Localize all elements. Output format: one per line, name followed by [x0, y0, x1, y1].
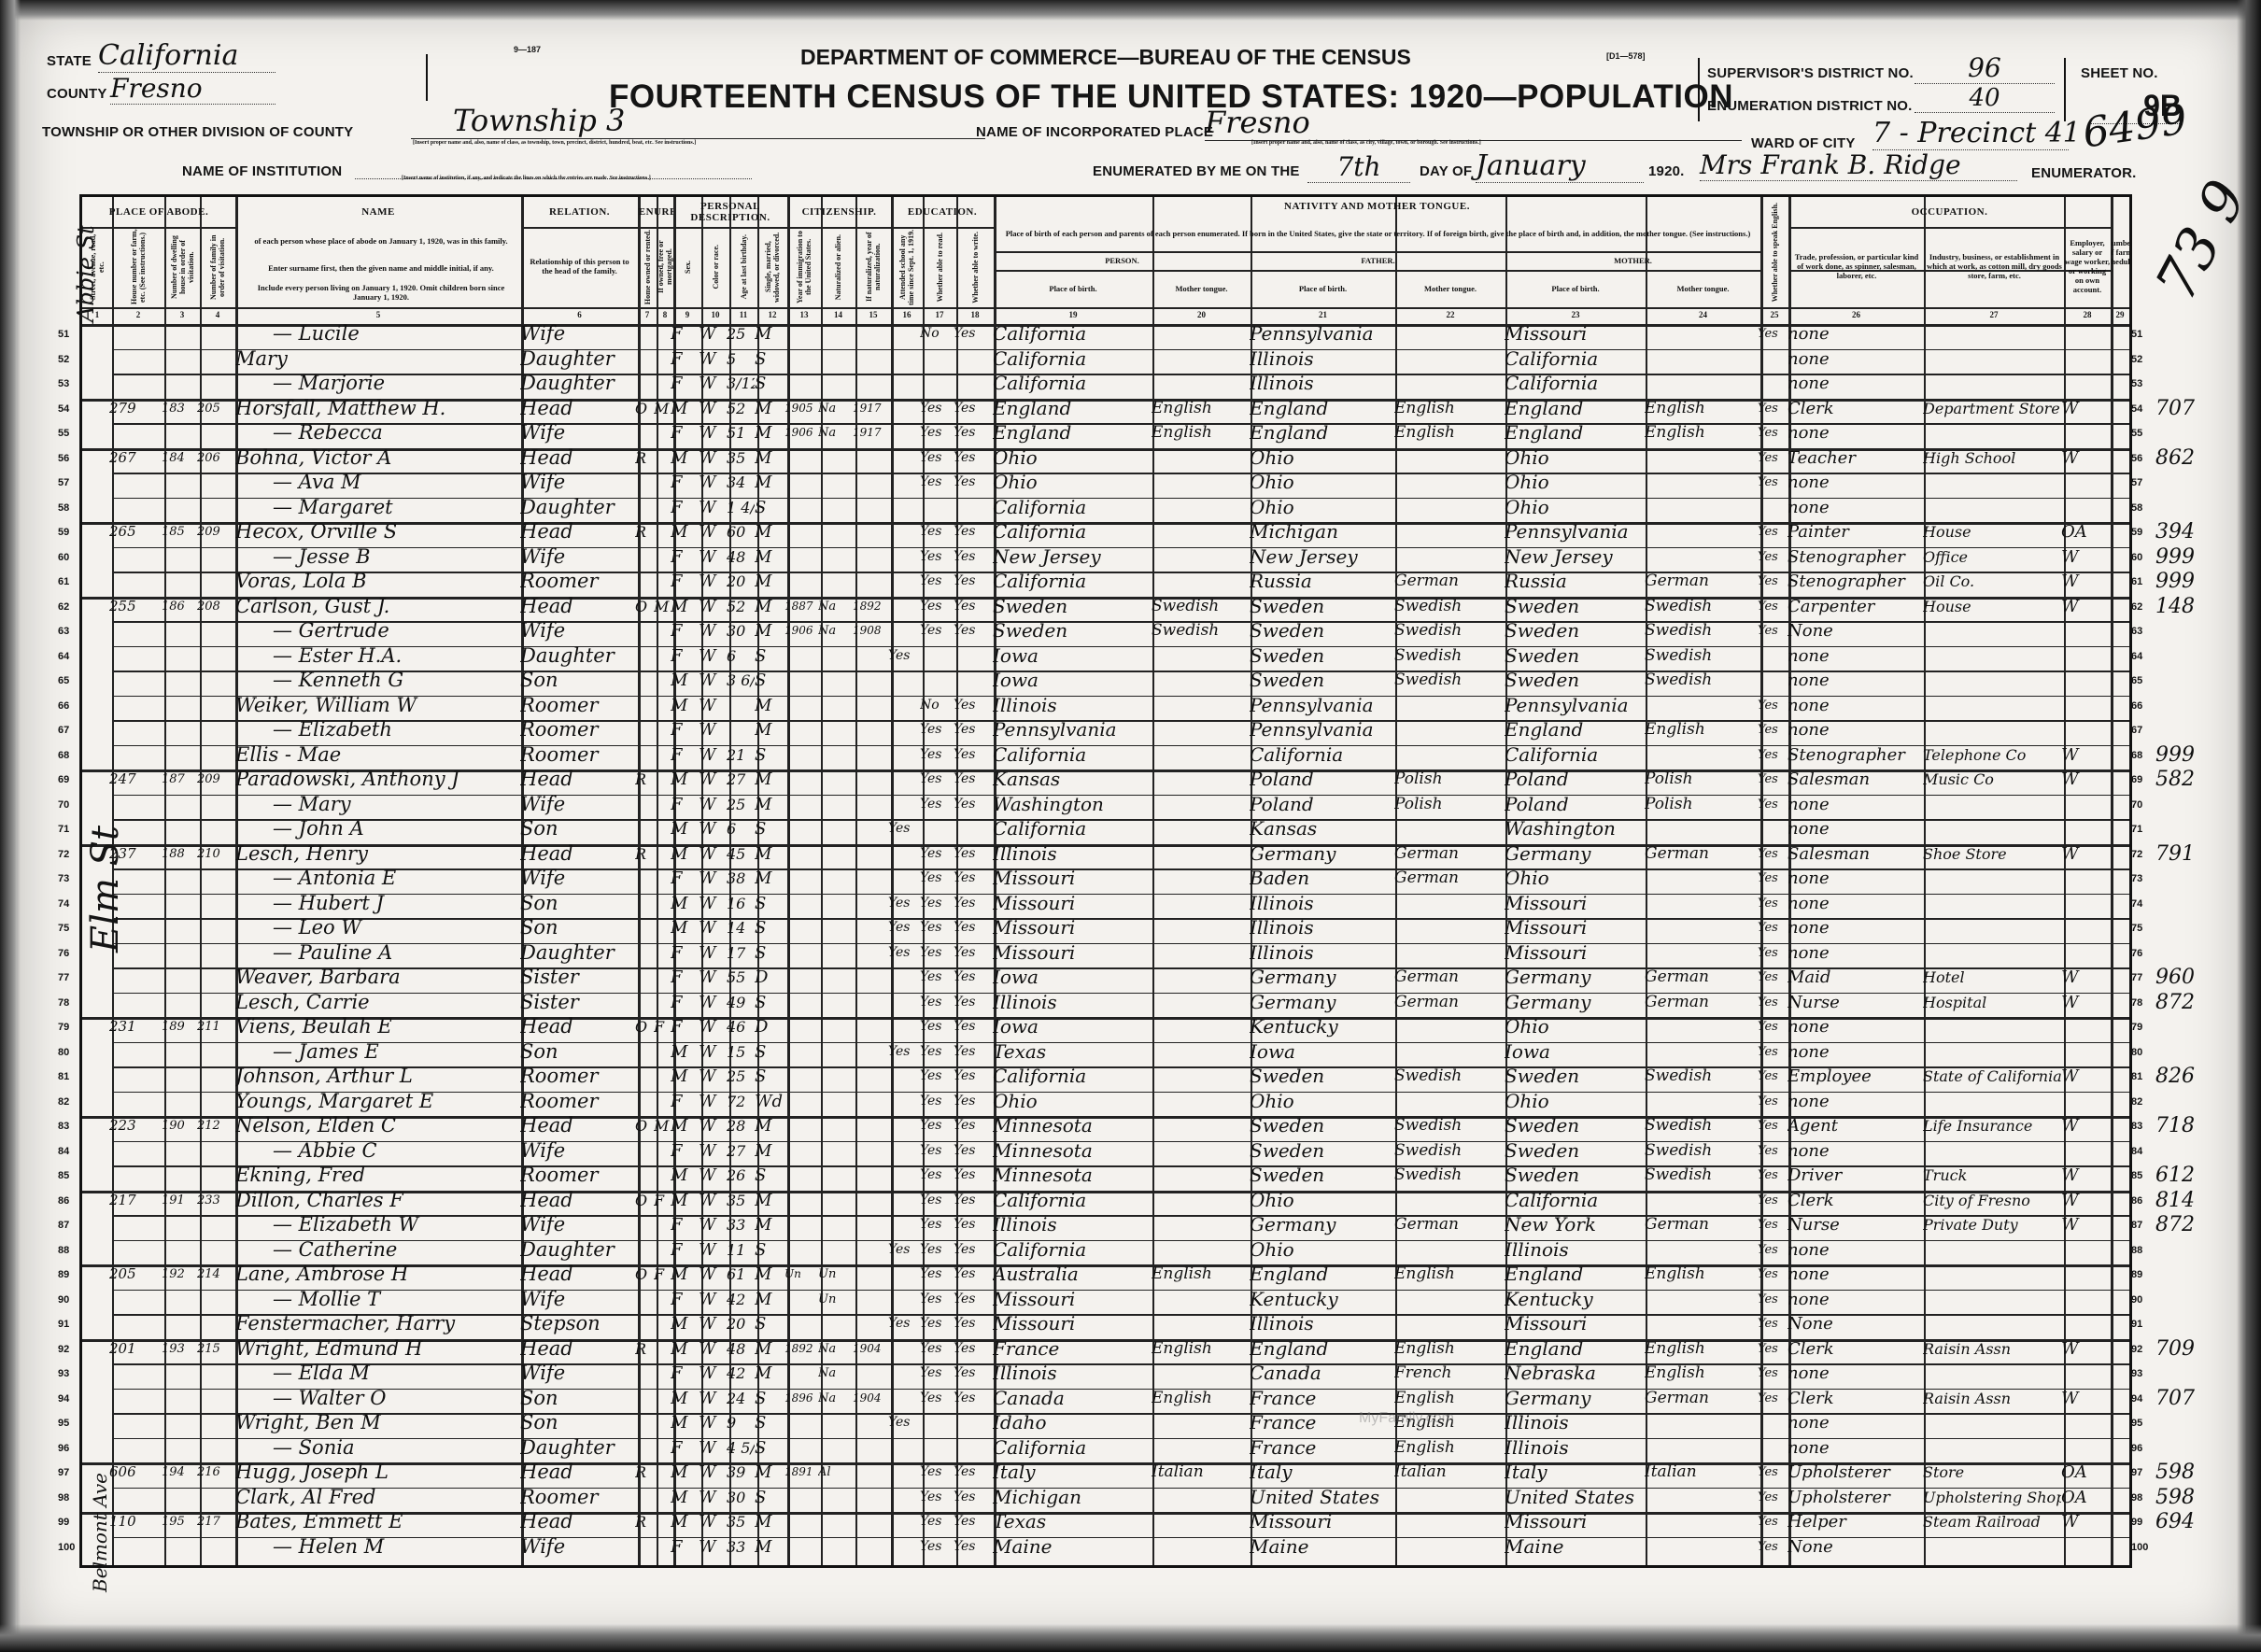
cell-dwelling: 183 — [162, 397, 197, 420]
occupation-code: 582 — [2155, 768, 2195, 791]
cell-mortg: M — [654, 397, 671, 420]
cell-color: W — [699, 743, 727, 767]
line-number-right: 79 — [2131, 1022, 2142, 1033]
cell-read: Yes — [920, 1362, 954, 1385]
cell-english: Yes — [1758, 916, 1786, 939]
occupation-code: 598 — [2155, 1486, 2195, 1509]
cell-english: Yes — [1758, 570, 1786, 593]
cell-pob: California — [993, 1238, 1150, 1262]
cell-age: 45 — [727, 842, 755, 866]
cell-fpob: Sweden — [1250, 1139, 1392, 1163]
cell-sex: F — [671, 966, 699, 989]
cell-pob: Missouri — [993, 941, 1150, 965]
line-number-left: 53 — [58, 378, 69, 389]
place-label: NAME OF INCORPORATED PLACE — [976, 124, 1213, 140]
cell-age: 25 — [727, 322, 755, 346]
cell-immig: 1887 — [784, 595, 818, 618]
cell-industry: House — [1923, 595, 2061, 618]
line-number-right: 57 — [2131, 477, 2142, 488]
cell-fpob: Sweden — [1250, 669, 1392, 692]
line-number-right: 75 — [2131, 923, 2142, 934]
cell-trade: none — [1788, 1362, 1921, 1385]
cell-relation: Head — [520, 595, 634, 618]
cell-ftongue: Swedish — [1394, 1065, 1503, 1088]
cell-relation: Son — [520, 892, 634, 915]
occupation-code: 718 — [2155, 1114, 2195, 1137]
cell-sex: F — [671, 1213, 699, 1236]
cell-family: 210 — [197, 842, 233, 866]
cell-marital: M — [755, 1535, 784, 1559]
cell-relation: Wife — [520, 1362, 634, 1385]
cell-read: Yes — [920, 793, 954, 816]
line-number-right: 89 — [2131, 1269, 2142, 1280]
cell-relation: Daughter — [520, 1238, 634, 1262]
cell-mpob: Illinois — [1505, 1436, 1643, 1460]
header-mother: MOTHER. — [1505, 251, 1760, 270]
cell-trade: Maid — [1788, 966, 1921, 989]
line-number-right: 70 — [2131, 799, 2142, 811]
cell-age: 35 — [727, 446, 755, 470]
cell-sex: F — [671, 496, 699, 519]
cell-emp: W — [2061, 570, 2108, 593]
cell-tongue: English — [1152, 1337, 1248, 1361]
cell-marital: S — [755, 669, 784, 692]
cell-ftongue: German — [1394, 966, 1503, 989]
cell-natyr: 1904 — [853, 1387, 888, 1410]
line-number-left: 74 — [58, 898, 69, 910]
cell-fpob: Canada — [1250, 1362, 1392, 1385]
cell-sex: M — [671, 1486, 699, 1509]
cell-write: Yes — [954, 916, 991, 939]
cell-english: Yes — [1758, 991, 1786, 1014]
occupation-code: 960 — [2155, 966, 2195, 989]
cell-fpob: Germany — [1250, 842, 1392, 866]
cell-school: Yes — [888, 941, 920, 965]
cell-age: 24 — [727, 1387, 755, 1410]
line-number-right: 85 — [2131, 1170, 2142, 1181]
cell-owned: R — [635, 446, 654, 470]
cell-sex: M — [671, 916, 699, 939]
cell-read: Yes — [920, 1213, 954, 1236]
cell-sex: F — [671, 793, 699, 816]
cell-marital: M — [755, 793, 784, 816]
line-number-left: 94 — [58, 1393, 69, 1405]
cell-english: Yes — [1758, 397, 1786, 420]
cell-write: Yes — [954, 1090, 991, 1113]
cell-marital: M — [755, 1510, 784, 1533]
cell-color: W — [699, 991, 727, 1014]
cell-trade: none — [1788, 669, 1921, 692]
line-number-left: 92 — [58, 1344, 69, 1355]
header-father-pob: Place of birth. — [1251, 270, 1395, 307]
cell-dwelling: 194 — [162, 1461, 197, 1484]
header-vertical: Color or race. — [701, 227, 729, 307]
cell-name: — Kenneth G — [235, 669, 556, 692]
line-number-left: 66 — [58, 700, 69, 712]
cell-english: Yes — [1758, 619, 1786, 642]
cell-sex: F — [671, 1535, 699, 1559]
cell-ftongue: Polish — [1394, 793, 1503, 816]
cell-mpob: Ohio — [1505, 471, 1643, 494]
cell-trade: None — [1788, 1535, 1921, 1559]
cell-name: Youngs, Margaret E — [235, 1090, 518, 1113]
cell-read: Yes — [920, 1015, 954, 1038]
cell-mtongue: English — [1645, 397, 1758, 420]
cell-emp: W — [2061, 1337, 2108, 1361]
cell-emp: W — [2061, 595, 2108, 618]
cell-fpob: Ohio — [1250, 1090, 1392, 1113]
cell-name: — Ester H.A. — [235, 644, 556, 668]
cell-natur: Na — [818, 1362, 853, 1385]
column-number: 23 — [1505, 310, 1646, 319]
cell-read: Yes — [920, 421, 954, 445]
cell-owned: O — [635, 397, 654, 420]
cell-marital: M — [755, 595, 784, 618]
header-industry: Industry, business, or establishment in … — [1927, 227, 2062, 305]
day-of-label: DAY OF — [1420, 163, 1472, 179]
cell-ftongue: Swedish — [1394, 1139, 1503, 1163]
cell-relation: Wife — [520, 545, 634, 569]
line-number-left: 65 — [58, 675, 69, 686]
institution-hint: [Insert name of institution, if any, and… — [402, 176, 651, 181]
cell-sex: M — [671, 1510, 699, 1533]
cell-trade: none — [1788, 817, 1921, 840]
cell-mpob: Sweden — [1505, 1114, 1643, 1137]
cell-sex: M — [671, 842, 699, 866]
cell-industry: House — [1923, 520, 2061, 544]
cell-write: Yes — [954, 595, 991, 618]
cell-fpob: Sweden — [1250, 595, 1392, 618]
header-vertical: If naturalized, year of naturalization. — [855, 227, 891, 307]
cell-mtongue: Swedish — [1645, 619, 1758, 642]
cell-mpob: Missouri — [1505, 892, 1643, 915]
cell-fpob: England — [1250, 1263, 1392, 1286]
line-number-right: 88 — [2131, 1245, 2142, 1256]
cell-color: W — [699, 1510, 727, 1533]
cell-age: 35 — [727, 1510, 755, 1533]
cell-sex: M — [671, 520, 699, 544]
cell-mtongue: Italian — [1645, 1461, 1758, 1484]
cell-mtongue: English — [1645, 1362, 1758, 1385]
cell-color: W — [699, 817, 727, 840]
cell-ftongue: German — [1394, 991, 1503, 1014]
cell-age: 3/12 — [727, 372, 755, 395]
cell-sex: F — [671, 644, 699, 668]
cell-english: Yes — [1758, 793, 1786, 816]
cell-sex: M — [671, 1114, 699, 1137]
cell-english: Yes — [1758, 1015, 1786, 1038]
cell-mtongue: Swedish — [1645, 669, 1758, 692]
cell-pob: California — [993, 817, 1150, 840]
column-number: 7 — [638, 310, 657, 319]
line-number-right: 59 — [2131, 527, 2142, 538]
cell-pob: France — [993, 1337, 1150, 1361]
cell-mpob: California — [1505, 372, 1643, 395]
cell-trade: Helper — [1788, 1510, 1921, 1533]
cell-mpob: Ohio — [1505, 446, 1643, 470]
cell-read: Yes — [920, 743, 954, 767]
line-number-right: 81 — [2131, 1071, 2142, 1082]
cell-pob: Iowa — [993, 644, 1150, 668]
cell-industry: Store — [1923, 1461, 2061, 1484]
cell-read: Yes — [920, 471, 954, 494]
cell-age: 61 — [727, 1263, 755, 1286]
occupation-code: 862 — [2155, 446, 2195, 470]
cell-age: 26 — [727, 1164, 755, 1187]
cell-mpob: Italy — [1505, 1461, 1643, 1484]
cell-marital: S — [755, 916, 784, 939]
cell-mpob: Pennsylvania — [1505, 694, 1643, 717]
cell-trade: None — [1788, 619, 1921, 642]
cell-read: Yes — [920, 1312, 954, 1335]
cell-school: Yes — [888, 916, 920, 939]
cell-ftongue: German — [1394, 1213, 1503, 1236]
cell-write: Yes — [954, 1213, 991, 1236]
cell-natur: Un — [818, 1263, 853, 1286]
cell-fpob: Sweden — [1250, 644, 1392, 668]
cell-write: Yes — [954, 1139, 991, 1163]
column-number: 4 — [200, 310, 235, 319]
cell-mpob: New Jersey — [1505, 545, 1643, 569]
cell-name: — Leo W — [235, 916, 556, 939]
cell-color: W — [699, 446, 727, 470]
cell-mpob: Germany — [1505, 842, 1643, 866]
cell-name: Mary — [235, 347, 518, 371]
cell-read: Yes — [920, 1535, 954, 1559]
cell-name: — Gertrude — [235, 619, 556, 642]
cell-pob: California — [993, 743, 1150, 767]
column-number: 15 — [855, 310, 891, 319]
line-number-right: 65 — [2131, 675, 2142, 686]
cell-sex: M — [671, 892, 699, 915]
cell-dwelling: 190 — [162, 1114, 197, 1137]
cell-mortg: M — [654, 595, 671, 618]
cell-emp: W — [2061, 842, 2108, 866]
cell-sex: F — [671, 372, 699, 395]
cell-read: Yes — [920, 1114, 954, 1137]
cell-english: Yes — [1758, 1510, 1786, 1533]
cell-age: 14 — [727, 916, 755, 939]
cell-marital: S — [755, 743, 784, 767]
cell-write: Yes — [954, 471, 991, 494]
cell-industry: Office — [1923, 545, 2061, 569]
cell-marital: M — [755, 1461, 784, 1484]
cell-color: W — [699, 1337, 727, 1361]
cell-age: 6 — [727, 644, 755, 668]
cell-emp: W — [2061, 768, 2108, 791]
cell-color: W — [699, 421, 727, 445]
cell-mpob: Ohio — [1505, 1015, 1643, 1038]
column-number: 6 — [521, 310, 638, 319]
cell-marital: S — [755, 1411, 784, 1434]
line-number-left: 90 — [58, 1294, 69, 1306]
cell-fpob: Baden — [1250, 867, 1392, 890]
cell-fpob: Illinois — [1250, 1312, 1392, 1335]
cell-trade: none — [1788, 347, 1921, 371]
cell-relation: Head — [520, 1015, 634, 1038]
cell-age: 38 — [727, 867, 755, 890]
column-number: 18 — [956, 310, 994, 319]
cell-english: Yes — [1758, 1040, 1786, 1064]
cell-mpob: England — [1505, 1263, 1643, 1286]
enumerator-label: ENUMERATOR. — [2031, 165, 2136, 181]
cell-trade: none — [1788, 892, 1921, 915]
cell-write: Yes — [954, 1312, 991, 1335]
line-number-right: 71 — [2131, 824, 2142, 835]
cell-english: Yes — [1758, 520, 1786, 544]
cell-read: Yes — [920, 1065, 954, 1088]
cell-name: — Ava M — [235, 471, 556, 494]
line-number-left: 58 — [58, 502, 69, 514]
cell-relation: Roomer — [520, 1065, 634, 1088]
cell-read: Yes — [920, 570, 954, 593]
cell-fpob: Illinois — [1250, 372, 1392, 395]
cell-name: — Jesse B — [235, 545, 556, 569]
cell-pob: Iowa — [993, 1015, 1150, 1038]
cell-sex: F — [671, 1436, 699, 1460]
cell-pob: California — [993, 520, 1150, 544]
cell-emp: W — [2061, 1065, 2108, 1088]
cell-marital: S — [755, 347, 784, 371]
cell-pob: Missouri — [993, 1288, 1150, 1311]
cell-fpob: Sweden — [1250, 1114, 1392, 1137]
cell-fpob: Pennsylvania — [1250, 694, 1392, 717]
ward-value: 7 - Precinct 41 — [1872, 117, 2069, 150]
cell-relation: Head — [520, 397, 634, 420]
cell-color: W — [699, 1387, 727, 1410]
cell-color: W — [699, 1213, 727, 1236]
cell-pob: Italy — [993, 1461, 1150, 1484]
cell-age: 39 — [727, 1461, 755, 1484]
cell-marital: M — [755, 446, 784, 470]
cell-natur: Un — [818, 1288, 853, 1311]
cell-relation: Wife — [520, 322, 634, 346]
cell-emp: W — [2061, 1189, 2108, 1212]
cell-name: — Helen M — [235, 1535, 556, 1559]
cell-name: — Abbie C — [235, 1139, 556, 1163]
street-belmont: Belmont Ave — [89, 1473, 111, 1592]
line-number-left: 61 — [58, 576, 69, 587]
cell-color: W — [699, 1535, 727, 1559]
cell-name: Ekning, Fred — [235, 1164, 518, 1187]
cell-name: — Mary — [235, 793, 556, 816]
line-number-right: 92 — [2131, 1344, 2142, 1355]
cell-color: W — [699, 372, 727, 395]
occupation-code: 148 — [2155, 595, 2195, 618]
line-number-right: 80 — [2131, 1047, 2142, 1058]
cell-sex: M — [671, 1040, 699, 1064]
cell-tongue: English — [1152, 421, 1248, 445]
cell-dwelling: 192 — [162, 1263, 197, 1286]
bracket-divider — [426, 54, 428, 101]
cell-mtongue: German — [1645, 991, 1758, 1014]
cell-trade: none — [1788, 941, 1921, 965]
scan-edge-bottom — [0, 1624, 2261, 1652]
county-label: COUNTY — [47, 86, 107, 102]
township-value: Township 3 — [411, 103, 985, 139]
line-number-right: 61 — [2131, 576, 2142, 587]
cell-trade: Stenographer — [1788, 743, 1921, 767]
cell-tongue: Swedish — [1152, 595, 1248, 618]
line-number-left: 70 — [58, 799, 69, 811]
cell-read: Yes — [920, 1263, 954, 1286]
cell-sex: F — [671, 743, 699, 767]
cell-owned: R — [635, 1337, 654, 1361]
cell-name: Hugg, Joseph L — [235, 1461, 518, 1484]
cell-color: W — [699, 842, 727, 866]
header-vertical: Home owned or rented. — [638, 227, 657, 307]
cell-owned: O — [635, 1263, 654, 1286]
occupation-code: 872 — [2155, 1213, 2195, 1236]
cell-family: 209 — [197, 520, 233, 544]
cell-industry: Upholstering Shop — [1923, 1486, 2061, 1509]
cell-trade: Carpenter — [1788, 595, 1921, 618]
cell-dwelling: 184 — [162, 446, 197, 470]
cell-name: Fenstermacher, Harry — [235, 1312, 518, 1335]
cell-fpob: New Jersey — [1250, 545, 1392, 569]
cell-read: Yes — [920, 842, 954, 866]
cell-sex: M — [671, 397, 699, 420]
cell-sex: M — [671, 1337, 699, 1361]
enum-district-label: ENUMERATION DISTRICT NO. — [1707, 98, 1913, 114]
cell-marital: M — [755, 768, 784, 791]
cell-color: W — [699, 1238, 727, 1262]
cell-mortg: F — [654, 1015, 671, 1038]
cell-fpob: Italy — [1250, 1461, 1392, 1484]
cell-marital: S — [755, 372, 784, 395]
column-number: 2 — [112, 310, 164, 319]
cell-fpob: Illinois — [1250, 347, 1392, 371]
cell-read: Yes — [920, 1337, 954, 1361]
cell-relation: Wife — [520, 421, 634, 445]
cell-sex: M — [671, 1387, 699, 1410]
cell-fpob: Poland — [1250, 768, 1392, 791]
line-number-right: 84 — [2131, 1146, 2142, 1157]
cell-pob: Minnesota — [993, 1164, 1150, 1187]
cell-school: Yes — [888, 1312, 920, 1335]
cell-family: 216 — [197, 1461, 233, 1484]
cell-relation: Wife — [520, 619, 634, 642]
cell-write: Yes — [954, 1189, 991, 1212]
street-abbie: Abbie St — [73, 225, 99, 322]
cell-name: Clark, Al Fred — [235, 1486, 518, 1509]
cell-ftongue: German — [1394, 842, 1503, 866]
line-number-left: 80 — [58, 1047, 69, 1058]
cell-marital: M — [755, 421, 784, 445]
cell-mpob: Missouri — [1505, 1510, 1643, 1533]
cell-pob: Idaho — [993, 1411, 1150, 1434]
column-number: 21 — [1251, 310, 1395, 319]
cell-trade: Clerk — [1788, 1189, 1921, 1212]
cell-trade: Stenographer — [1788, 570, 1921, 593]
cell-trade: none — [1788, 1040, 1921, 1064]
cell-house: 606 — [109, 1461, 162, 1484]
cell-ftongue: Polish — [1394, 768, 1503, 791]
cell-natur: Na — [818, 397, 853, 420]
cell-english: Yes — [1758, 446, 1786, 470]
cell-read: Yes — [920, 1387, 954, 1410]
cell-name: Wright, Edmund H — [235, 1337, 518, 1361]
line-number-right: 93 — [2131, 1368, 2142, 1379]
cell-fpob: Germany — [1250, 1213, 1392, 1236]
header-vertical: If owned, free or mortgaged. — [657, 227, 673, 307]
line-number-right: 66 — [2131, 700, 2142, 712]
cell-owned: R — [635, 842, 654, 866]
cell-name: Dillon, Charles F — [235, 1189, 518, 1212]
cell-emp: W — [2061, 397, 2108, 420]
cell-trade: Upholsterer — [1788, 1461, 1921, 1484]
column-number: 16 — [891, 310, 923, 319]
